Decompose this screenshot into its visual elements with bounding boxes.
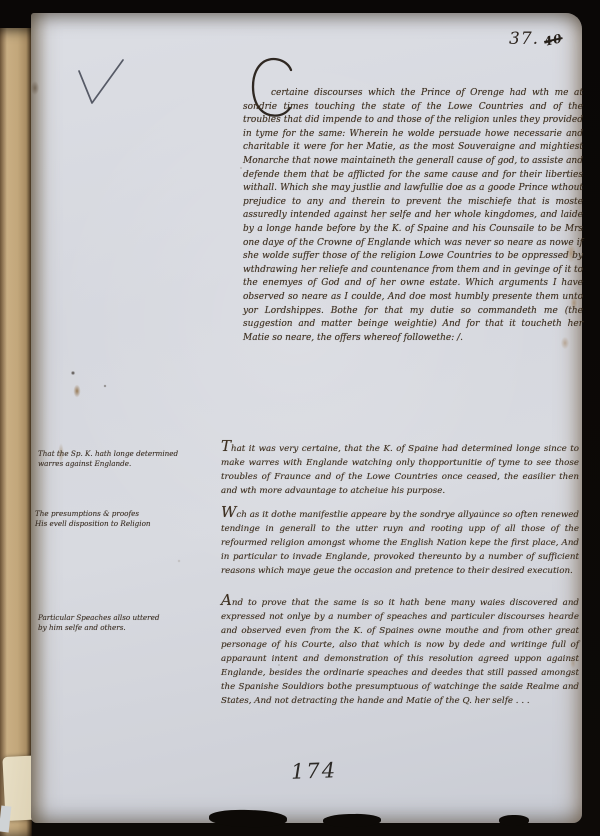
page-number: 174 bbox=[291, 758, 338, 784]
check-mark-icon bbox=[75, 57, 127, 109]
manuscript-photo: 37.40 certaine discourses which the Prin… bbox=[0, 0, 600, 836]
binding-edge bbox=[0, 28, 32, 836]
margin-note-2: The presumptions & proofes His evell dis… bbox=[35, 509, 211, 528]
opening-paragraph: certaine discourses which the Prince of … bbox=[243, 87, 583, 345]
folio-number-struck: 40 bbox=[543, 31, 564, 49]
page-edge-shadow bbox=[209, 809, 287, 828]
section-paragraph-3: And to prove that the same is so it hath… bbox=[221, 593, 579, 708]
manuscript-page: 37.40 certaine discourses which the Prin… bbox=[31, 13, 582, 823]
section-paragraph-1: That it was very certaine, that the K. o… bbox=[221, 439, 579, 498]
margin-note-1: That the Sp. K. hath longe determined wa… bbox=[38, 449, 214, 468]
folio-number: 37.40 bbox=[509, 29, 563, 49]
folio-number-current: 37. bbox=[509, 29, 539, 49]
page-edge-shadow bbox=[323, 813, 381, 827]
margin-note-3: Particular Speaches allso uttered by him… bbox=[38, 613, 214, 632]
page-edge-shadow bbox=[499, 815, 529, 826]
section-paragraph-2: Wch as it dothe manifestlie appeare by t… bbox=[221, 505, 579, 578]
